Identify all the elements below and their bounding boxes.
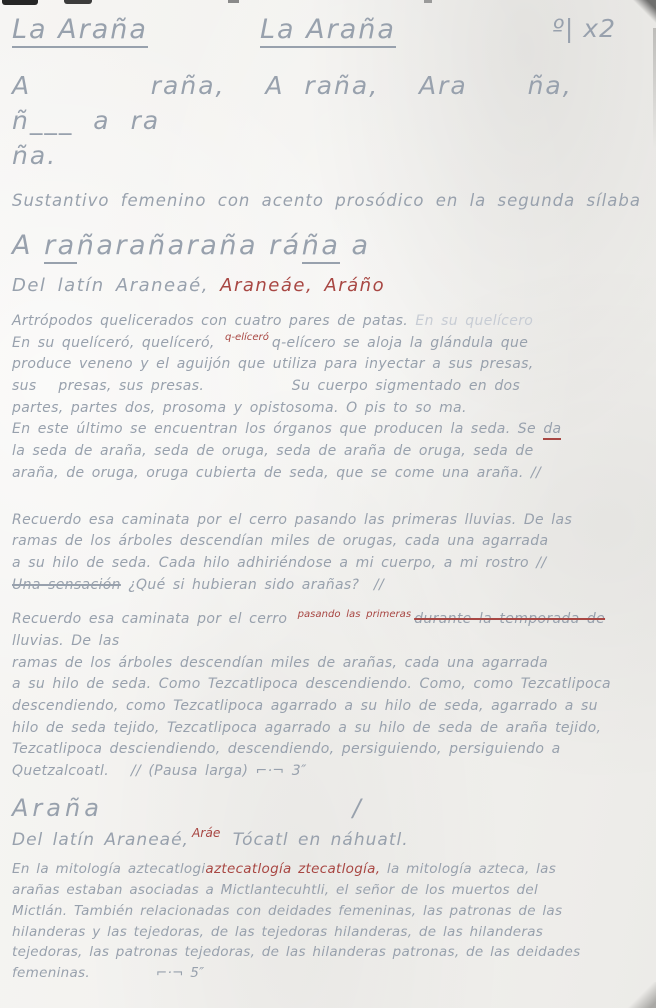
manuscript-line: Recuerdo esa caminata por el cerro pasan… bbox=[12, 510, 644, 532]
manuscript-line: A rañarañaraña ráña a bbox=[12, 230, 644, 261]
manuscript-line: Artrópodos quelicerados con cuatro pares… bbox=[12, 311, 644, 333]
text-segment: Recuerdo esa caminata por el cerro pasan… bbox=[12, 512, 572, 528]
page-title-repeat: La Araña bbox=[260, 14, 396, 48]
text-segment: Araña / bbox=[12, 794, 365, 822]
text-segment: Artrópodos quelicerados con cuatro pares… bbox=[12, 313, 415, 329]
photo-edge-mark bbox=[2, 0, 38, 5]
block-wordplay: A raña, A raña, Ara ña, ñ___ a raña. bbox=[12, 68, 644, 173]
photo-corner-shadow bbox=[622, 982, 656, 1008]
manuscript-line: hilo de seda tejido, Tezcatlipoca agarra… bbox=[12, 718, 644, 740]
manuscript-line: la seda de araña, seda de oruga, seda de… bbox=[12, 441, 644, 463]
text-segment: A bbox=[12, 230, 44, 261]
manuscript-line: Araña / bbox=[12, 794, 644, 822]
text-segment: tejedoras, las patronas tejedoras, de la… bbox=[12, 944, 580, 960]
text-segment: sus presas, sus presas. Su cuerpo sigmen… bbox=[12, 378, 520, 394]
manuscript-line: ramas de los árboles descendían miles de… bbox=[12, 653, 644, 675]
manuscript-body: A raña, A raña, Ara ña, ñ___ a raña.Sust… bbox=[12, 68, 644, 984]
manuscript-line: En la mitología aztecatlogiaztecatlogía … bbox=[12, 859, 644, 880]
text-segment: Aráe bbox=[192, 826, 220, 840]
text-segment: ña bbox=[302, 230, 341, 264]
manuscript-line: Sustantivo femenino con acento prosódico… bbox=[12, 191, 644, 210]
text-segment: q-elícero se aloja la glándula que bbox=[272, 335, 528, 351]
text-segment: En su quelícero bbox=[415, 313, 533, 329]
manuscript-page: La Araña La Araña º| x2 A raña, A raña, … bbox=[0, 0, 656, 1008]
text-segment: partes, partes dos, prosoma y opistosoma… bbox=[12, 400, 467, 416]
text-segment: a su hilo de seda. Cada hilo adhiriéndos… bbox=[12, 555, 546, 571]
text-segment: q-elíceró bbox=[225, 332, 269, 343]
manuscript-line: Quetzalcoatl. // (Pausa larga) ⌐·¬ 3″ bbox=[12, 761, 644, 783]
text-segment: la mitología azteca, las bbox=[380, 861, 556, 877]
block-paragraph-taxonomy: Artrópodos quelicerados con cuatro pares… bbox=[12, 311, 644, 485]
manuscript-line: a su hilo de seda. Cada hilo adhiriéndos… bbox=[12, 553, 644, 575]
text-segment: ramas de los árboles descendían miles de… bbox=[12, 655, 548, 671]
block-paragraph-mythology: En la mitología aztecatlogiaztecatlogía … bbox=[12, 859, 644, 985]
text-segment: Araneáe, Aráño bbox=[209, 275, 385, 296]
block-paragraph-memory-orugas: Recuerdo esa caminata por el cerro pasan… bbox=[12, 510, 644, 597]
text-segment: da bbox=[543, 421, 561, 440]
manuscript-line: araña, de oruga, oruga cubierta de seda,… bbox=[12, 463, 644, 485]
manuscript-line: tejedoras, las patronas tejedoras, de la… bbox=[12, 942, 644, 963]
text-segment: ramas de los árboles descendían miles de… bbox=[12, 533, 548, 549]
text-segment: durante la temporada de bbox=[414, 611, 605, 627]
text-segment: Sustantivo femenino con acento prosódico… bbox=[12, 191, 641, 210]
text-segment: hilo de seda tejido, Tezcatlipoca agarra… bbox=[12, 720, 601, 736]
manuscript-line: Mictlán. También relacionadas con deidad… bbox=[12, 901, 644, 922]
text-segment: aztecatlogía ztecatlogía, bbox=[205, 861, 380, 877]
manuscript-line: partes, partes dos, prosoma y opistosoma… bbox=[12, 398, 644, 420]
manuscript-line: produce veneno y el aguijón que utiliza … bbox=[12, 354, 644, 376]
manuscript-line: Del latín Araneaé, Araneáe, Aráño bbox=[12, 275, 644, 296]
block-note: Sustantivo femenino con acento prosódico… bbox=[12, 191, 644, 210]
block-paragraph-memory-aranas: Recuerdo esa caminata por el cerro pasan… bbox=[12, 609, 644, 783]
manuscript-line: a su hilo de seda. Como Tezcatlipoca des… bbox=[12, 674, 644, 696]
text-segment: descendiendo, como Tezcatlipoca agarrado… bbox=[12, 698, 598, 714]
text-segment: Del latín Araneaé, bbox=[12, 830, 189, 850]
photo-edge-mark bbox=[228, 0, 239, 3]
text-segment: araña, de oruga, oruga cubierta de seda,… bbox=[12, 465, 541, 481]
text-segment: En su quelíceró, quelíceró, bbox=[12, 335, 222, 351]
text-segment: pasando las primeras bbox=[298, 609, 412, 620]
text-segment: Del latín Araneaé, bbox=[12, 275, 209, 296]
block-latin-2: Del latín Araneaé,Aráe Tócatl en náhuatl… bbox=[12, 830, 644, 850]
page-title: La Araña bbox=[12, 14, 148, 48]
manuscript-line: A raña, A raña, Ara ña, ñ___ a ra bbox=[12, 68, 644, 138]
block-latin-1: Del latín Araneaé, Araneáe, Aráño bbox=[12, 275, 644, 296]
text-segment: ¿Qué si hubieran sido arañas? // bbox=[121, 577, 384, 593]
manuscript-line: sus presas, sus presas. Su cuerpo sigmen… bbox=[12, 376, 644, 398]
block-arana-heading: Araña / bbox=[12, 794, 644, 822]
text-segment: a ra bbox=[73, 106, 160, 135]
text-segment: hilanderas y las tejedoras, de las tejed… bbox=[12, 924, 543, 940]
manuscript-line: ramas de los árboles descendían miles de… bbox=[12, 531, 644, 553]
manuscript-line: En su quelíceró, quelíceró, q-elíceróq-e… bbox=[12, 333, 644, 355]
text-segment: En este último se encuentran los órganos… bbox=[12, 421, 543, 437]
manuscript-line: Tezcatlipoca desciendiendo, descendiendo… bbox=[12, 739, 644, 761]
manuscript-line: femeninas. ⌐·¬ 5″ bbox=[12, 963, 644, 984]
text-segment: Quetzalcoatl. // (Pausa larga) ⌐·¬ 3″ bbox=[12, 763, 307, 779]
text-segment: ñarañaraña rá bbox=[77, 230, 302, 261]
text-segment: Tezcatlipoca desciendiendo, descendiendo… bbox=[12, 741, 561, 757]
photo-edge-mark bbox=[424, 0, 432, 3]
text-segment: ña. bbox=[12, 141, 57, 170]
text-segment: Recuerdo esa caminata por el cerro bbox=[12, 611, 295, 627]
text-segment: Tócatl en náhuatl. bbox=[223, 830, 408, 850]
text-segment: produce veneno y el aguijón que utiliza … bbox=[12, 356, 534, 372]
block-display: A rañarañaraña ráña a bbox=[12, 230, 644, 261]
manuscript-line: ña. bbox=[12, 138, 644, 173]
text-segment: ___ bbox=[30, 106, 74, 135]
manuscript-line: Del latín Araneaé,Aráe Tócatl en náhuatl… bbox=[12, 830, 644, 850]
text-segment: a su hilo de seda. Como Tezcatlipoca des… bbox=[12, 676, 611, 692]
text-segment: Mictlán. También relacionadas con deidad… bbox=[12, 903, 562, 919]
manuscript-line: descendiendo, como Tezcatlipoca agarrado… bbox=[12, 696, 644, 718]
text-segment: femeninas. ⌐·¬ 5″ bbox=[12, 965, 205, 981]
text-segment: la seda de araña, seda de oruga, seda de… bbox=[12, 443, 534, 459]
text-segment: arañas estaban asociadas a Mictlantecuht… bbox=[12, 882, 538, 898]
manuscript-line: hilanderas y las tejedoras, de las tejed… bbox=[12, 922, 644, 943]
manuscript-line: arañas estaban asociadas a Mictlantecuht… bbox=[12, 880, 644, 901]
photo-edge-mark bbox=[64, 0, 92, 4]
manuscript-line: En este último se encuentran los órganos… bbox=[12, 419, 644, 441]
manuscript-line: Una sensación ¿Qué si hubieran sido arañ… bbox=[12, 575, 644, 597]
manuscript-line: Recuerdo esa caminata por el cerro pasan… bbox=[12, 609, 644, 652]
corner-annotation: º| x2 bbox=[552, 14, 644, 43]
text-segment: ra bbox=[44, 230, 77, 264]
header-row: La Araña La Araña º| x2 bbox=[12, 14, 644, 48]
text-segment: Una sensación bbox=[12, 577, 121, 593]
text-segment: a bbox=[340, 230, 370, 261]
text-segment: En la mitología aztecatlogi bbox=[12, 861, 205, 877]
